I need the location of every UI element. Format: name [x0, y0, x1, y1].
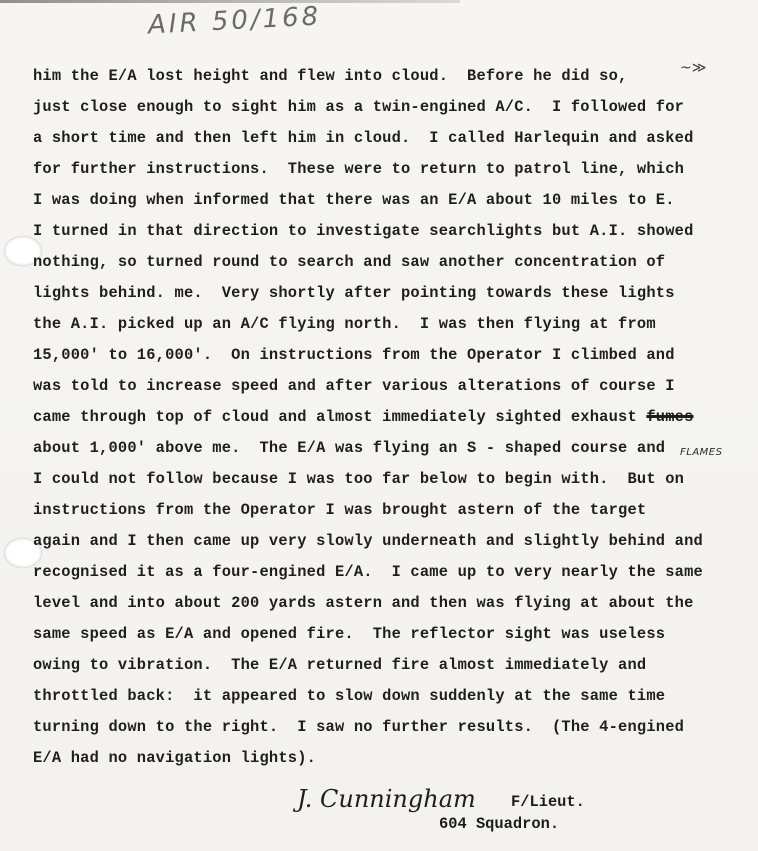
- text-line-with-correction: came through top of cloud and almost imm…: [33, 402, 753, 433]
- document-page: AIR 50/168 ~≫ him the E/A lost height an…: [0, 0, 758, 851]
- text-line: was told to increase speed and after var…: [33, 371, 753, 402]
- text-line: turning down to the right. I saw no furt…: [33, 712, 753, 743]
- text-line: same speed as E/A and opened fire. The r…: [33, 619, 753, 650]
- text-line: I was doing when informed that there was…: [33, 185, 753, 216]
- text-line: again and I then came up very slowly und…: [33, 526, 753, 557]
- report-body: him the E/A lost height and flew into cl…: [33, 61, 753, 774]
- text-line-main: came through top of cloud and almost imm…: [33, 408, 646, 426]
- text-line: owing to vibration. The E/A returned fir…: [33, 650, 753, 681]
- text-line: about 1,000' above me. The E/A was flyin…: [33, 433, 753, 464]
- text-line: 15,000' to 16,000'. On instructions from…: [33, 340, 753, 371]
- text-line: just close enough to sight him as a twin…: [33, 92, 753, 123]
- signatory-rank: F/Lieut.: [511, 793, 585, 811]
- text-line: recognised it as a four-engined E/A. I c…: [33, 557, 753, 588]
- text-line: him the E/A lost height and flew into cl…: [33, 61, 753, 92]
- text-line: the A.I. picked up an A/C flying north. …: [33, 309, 753, 340]
- text-line: E/A had no navigation lights).: [33, 743, 753, 774]
- text-line: lights behind. me. Very shortly after po…: [33, 278, 753, 309]
- archive-reference: AIR 50/168: [147, 1, 322, 40]
- text-line: throttled back: it appeared to slow down…: [33, 681, 753, 712]
- text-line: I could not follow because I was too far…: [33, 464, 753, 495]
- text-line: nothing, so turned round to search and s…: [33, 247, 753, 278]
- signatory-unit: 604 Squadron.: [439, 815, 559, 833]
- text-line: a short time and then left him in cloud.…: [33, 123, 753, 154]
- text-line: I turned in that direction to investigat…: [33, 216, 753, 247]
- page-edge-shadow: [0, 0, 460, 3]
- struck-word: fumes: [646, 408, 693, 426]
- text-line: for further instructions. These were to …: [33, 154, 753, 185]
- handwritten-signature: J. Cunningham: [297, 785, 476, 813]
- text-line: level and into about 200 yards astern an…: [33, 588, 753, 619]
- text-line: instructions from the Operator I was bro…: [33, 495, 753, 526]
- handwritten-correction: FLAMES: [680, 447, 722, 458]
